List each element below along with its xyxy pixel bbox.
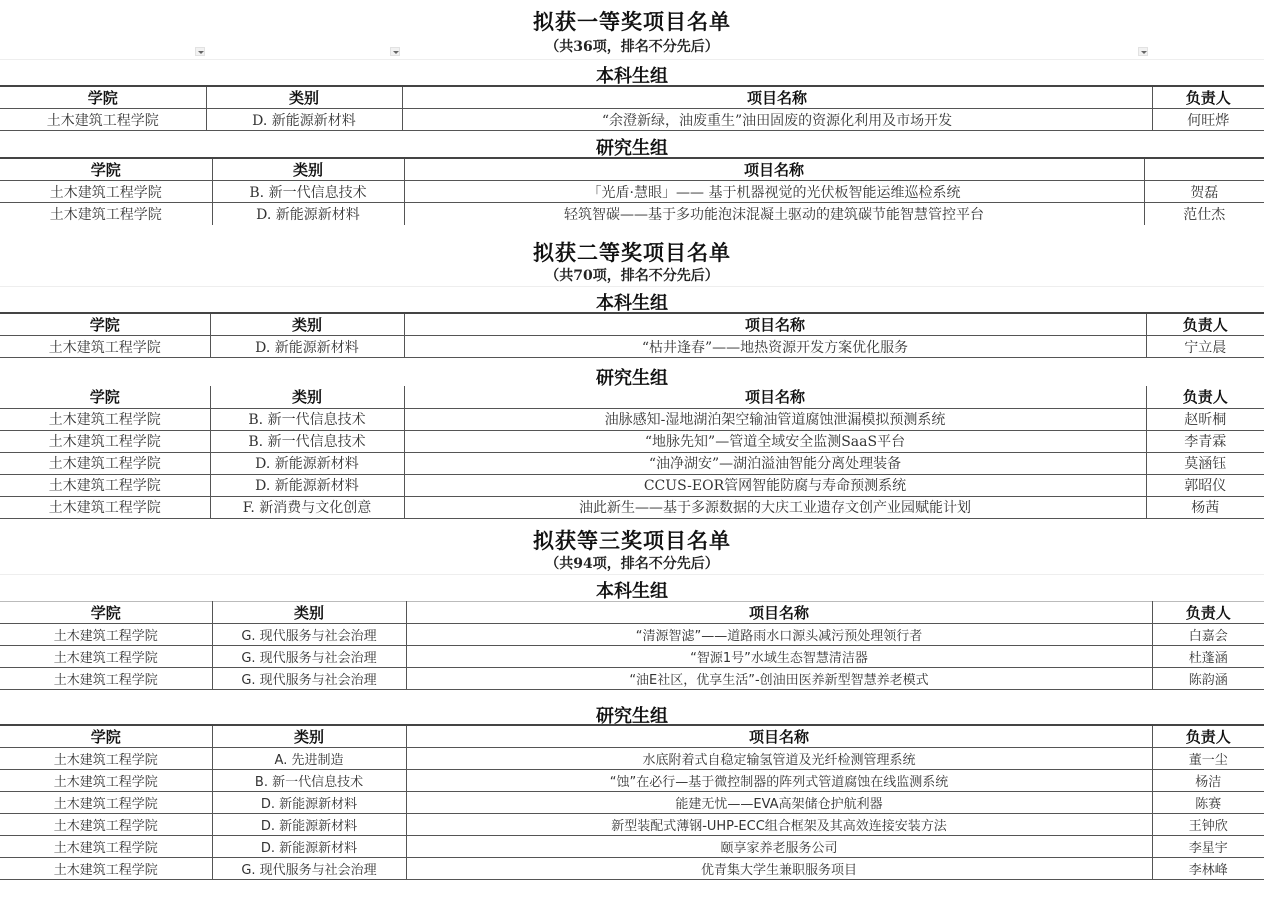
table-header-row: 学院 类别 项目名称 负责人 (0, 386, 1264, 408)
section-1-subtitle: （共36项，排名不分先后） (0, 36, 1264, 56)
table-row: 土木建筑工程学院 A. 先进制造 水底附着式自稳定输氢管道及光纤检测管理系统 董… (0, 748, 1264, 770)
cell-college: 土木建筑工程学院 (0, 474, 210, 496)
cell-college: 土木建筑工程学院 (0, 814, 212, 836)
cell-category: D. 新能源新材料 (212, 203, 404, 225)
col-header-category: 类别 (212, 725, 406, 748)
cell-category: F. 新消费与文化创意 (210, 496, 404, 518)
table-row: 土木建筑工程学院 D. 新能源新材料 CCUS-EOR管网智能防腐与寿命预测系统… (0, 474, 1264, 496)
cell-leader: 李林峰 (1152, 858, 1264, 880)
cell-leader: 杨茜 (1146, 496, 1264, 518)
cell-project: 水底附着式自稳定输氢管道及光纤检测管理系统 (406, 748, 1152, 770)
cell-leader: 贺磊 (1144, 181, 1264, 203)
section-2-undergrad-table: 学院 类别 项目名称 负责人 土木建筑工程学院 D. 新能源新材料 “枯井逢春”… (0, 312, 1264, 358)
cell-project: 优青集大学生兼职服务项目 (406, 858, 1152, 880)
cell-leader: 李青霖 (1146, 430, 1264, 452)
cell-college: 土木建筑工程学院 (0, 770, 212, 792)
cell-college: 土木建筑工程学院 (0, 748, 212, 770)
col-header-college: 学院 (0, 386, 210, 408)
divider (0, 286, 1264, 287)
cell-category: G. 现代服务与社会治理 (212, 858, 406, 880)
col-header-project: 项目名称 (402, 86, 1152, 109)
col-header-project: 项目名称 (404, 386, 1146, 408)
section-1-undergrad-table: 学院 类别 项目名称 负责人 土木建筑工程学院 D. 新能源新材料 “余澄新绿，… (0, 85, 1264, 131)
col-header-category: 类别 (212, 602, 406, 624)
cell-leader: 李星宇 (1152, 836, 1264, 858)
cell-leader: 杜蓬涵 (1152, 646, 1264, 668)
table-row: 土木建筑工程学院 D. 新能源新材料 “余澄新绿，油废重生”油田固废的资源化利用… (0, 109, 1264, 131)
divider (0, 574, 1264, 575)
cell-college: 土木建筑工程学院 (0, 668, 212, 690)
section-3-graduate-table: 学院 类别 项目名称 负责人 土木建筑工程学院 A. 先进制造 水底附着式自稳定… (0, 724, 1264, 880)
cell-category: D. 新能源新材料 (212, 814, 406, 836)
cell-leader: 董一尘 (1152, 748, 1264, 770)
section-2-subtitle: （共70项，排名不分先后） (0, 265, 1264, 285)
cell-leader: 白嘉会 (1152, 624, 1264, 646)
cell-college: 土木建筑工程学院 (0, 624, 212, 646)
cell-leader: 赵昕桐 (1146, 408, 1264, 430)
cell-leader: 杨洁 (1152, 770, 1264, 792)
col-header-project: 项目名称 (404, 313, 1146, 336)
table-row: 土木建筑工程学院 D. 新能源新材料 能建无忧——EVA高架储仓护航利器 陈赛 (0, 792, 1264, 814)
cell-category: D. 新能源新材料 (212, 836, 406, 858)
cell-category: D. 新能源新材料 (210, 474, 404, 496)
section-2-graduate-table: 学院 类别 项目名称 负责人 土木建筑工程学院 B. 新一代信息技术 油脉感知-… (0, 386, 1264, 519)
cell-category: G. 现代服务与社会治理 (212, 646, 406, 668)
table-row: 土木建筑工程学院 B. 新一代信息技术 油脉感知-湿地湖泊架空输油管道腐蚀泄漏模… (0, 408, 1264, 430)
cell-college: 土木建筑工程学院 (0, 858, 212, 880)
cell-project: 油脉感知-湿地湖泊架空输油管道腐蚀泄漏模拟预测系统 (404, 408, 1146, 430)
section-3-title: 拟获等三奖项目名单 (0, 525, 1264, 555)
cell-project: “油E社区，优享生活”-创油田医养新型智慧养老模式 (406, 668, 1152, 690)
table-row: 土木建筑工程学院 D. 新能源新材料 “油净湖安”—湖泊溢油智能分离处理装备 莫… (0, 452, 1264, 474)
section-1-title: 拟获一等奖项目名单 (0, 6, 1264, 36)
col-header-category: 类别 (210, 386, 404, 408)
col-header-category: 类别 (206, 86, 402, 109)
table-header-row: 学院 类别 项目名称 负责人 (0, 86, 1264, 109)
table-row: 土木建筑工程学院 D. 新能源新材料 新型装配式薄钢-UHP-ECC组合框架及其… (0, 814, 1264, 836)
table-header-row: 学院 类别 项目名称 (0, 158, 1264, 181)
table-row: 土木建筑工程学院 D. 新能源新材料 “枯井逢春”——地热资源开发方案优化服务 … (0, 336, 1264, 358)
col-header-college: 学院 (0, 158, 212, 181)
col-header-leader: 负责人 (1152, 725, 1264, 748)
cell-college: 土木建筑工程学院 (0, 646, 212, 668)
cell-category: D. 新能源新材料 (210, 336, 404, 358)
col-header-college: 学院 (0, 313, 210, 336)
table-header-row: 学院 类别 项目名称 负责人 (0, 602, 1264, 624)
section-2-title: 拟获二等奖项目名单 (0, 237, 1264, 267)
table-row: 土木建筑工程学院 G. 现代服务与社会治理 “油E社区，优享生活”-创油田医养新… (0, 668, 1264, 690)
cell-project: “清源智滤”——道路雨水口源头减污预处理领行者 (406, 624, 1152, 646)
col-header-category: 类别 (212, 158, 404, 181)
cell-college: 土木建筑工程学院 (0, 109, 206, 131)
cell-category: G. 现代服务与社会治理 (212, 624, 406, 646)
cell-project: 油此新生——基于多源数据的大庆工业遗存文创产业园赋能计划 (404, 496, 1146, 518)
cell-leader: 宁立晨 (1146, 336, 1264, 358)
cell-leader: 范仕杰 (1144, 203, 1264, 225)
col-header-college: 学院 (0, 602, 212, 624)
divider (0, 59, 1264, 60)
cell-project: “油净湖安”—湖泊溢油智能分离处理装备 (404, 452, 1146, 474)
cell-college: 土木建筑工程学院 (0, 181, 212, 203)
cell-leader: 陈赛 (1152, 792, 1264, 814)
table-row: 土木建筑工程学院 B. 新一代信息技术 「光盾·慧眼」—— 基于机器视觉的光伏板… (0, 181, 1264, 203)
col-header-project: 项目名称 (404, 158, 1144, 181)
cell-college: 土木建筑工程学院 (0, 430, 210, 452)
table-row: 土木建筑工程学院 G. 现代服务与社会治理 优青集大学生兼职服务项目 李林峰 (0, 858, 1264, 880)
cell-category: B. 新一代信息技术 (212, 181, 404, 203)
cell-category: B. 新一代信息技术 (212, 770, 406, 792)
cell-leader: 何旺烨 (1152, 109, 1264, 131)
col-header-project: 项目名称 (406, 602, 1152, 624)
cell-project: 能建无忧——EVA高架储仓护航利器 (406, 792, 1152, 814)
col-header-college: 学院 (0, 86, 206, 109)
cell-leader: 郭昭仪 (1146, 474, 1264, 496)
col-header-leader: 负责人 (1146, 386, 1264, 408)
cell-college: 土木建筑工程学院 (0, 496, 210, 518)
col-header-leader: 负责人 (1152, 86, 1264, 109)
cell-project: “蚀”在必行—基于微控制器的阵列式管道腐蚀在线监测系统 (406, 770, 1152, 792)
cell-project: “智源1号”水域生态智慧清洁器 (406, 646, 1152, 668)
cell-project: 轻筑智碳——基于多功能泡沫混凝土驱动的建筑碳节能智慧管控平台 (404, 203, 1144, 225)
table-row: 土木建筑工程学院 D. 新能源新材料 轻筑智碳——基于多功能泡沫混凝土驱动的建筑… (0, 203, 1264, 225)
col-header-college: 学院 (0, 725, 212, 748)
filter-dropdown-icon[interactable] (1138, 47, 1148, 56)
table-row: 土木建筑工程学院 B. 新一代信息技术 “地脉先知”—管道全域安全监测SaaS平… (0, 430, 1264, 452)
col-header-leader: 负责人 (1146, 313, 1264, 336)
cell-college: 土木建筑工程学院 (0, 792, 212, 814)
cell-project: CCUS-EOR管网智能防腐与寿命预测系统 (404, 474, 1146, 496)
table-row: 土木建筑工程学院 F. 新消费与文化创意 油此新生——基于多源数据的大庆工业遗存… (0, 496, 1264, 518)
table-row: 土木建筑工程学院 G. 现代服务与社会治理 “智源1号”水域生态智慧清洁器 杜蓬… (0, 646, 1264, 668)
cell-category: D. 新能源新材料 (212, 792, 406, 814)
cell-project: “枯井逢春”——地热资源开发方案优化服务 (404, 336, 1146, 358)
section-3-subtitle: （共94项，排名不分先后） (0, 553, 1264, 573)
cell-college: 土木建筑工程学院 (0, 203, 212, 225)
section-3-undergrad-table: 学院 类别 项目名称 负责人 土木建筑工程学院 G. 现代服务与社会治理 “清源… (0, 601, 1264, 690)
table-row: 土木建筑工程学院 G. 现代服务与社会治理 “清源智滤”——道路雨水口源头减污预… (0, 624, 1264, 646)
cell-leader: 王钟欣 (1152, 814, 1264, 836)
table-header-row: 学院 类别 项目名称 负责人 (0, 725, 1264, 748)
table-header-row: 学院 类别 项目名称 负责人 (0, 313, 1264, 336)
section-3-undergrad-label: 本科生组 (0, 577, 1264, 603)
filter-dropdown-icon[interactable] (390, 47, 400, 56)
cell-category: D. 新能源新材料 (210, 452, 404, 474)
col-header-leader (1144, 158, 1264, 181)
cell-leader: 陈韵涵 (1152, 668, 1264, 690)
cell-category: G. 现代服务与社会治理 (212, 668, 406, 690)
table-row: 土木建筑工程学院 D. 新能源新材料 颐享家养老服务公司 李星宇 (0, 836, 1264, 858)
cell-college: 土木建筑工程学院 (0, 336, 210, 358)
cell-category: A. 先进制造 (212, 748, 406, 770)
filter-dropdown-icon[interactable] (195, 47, 205, 56)
col-header-leader: 负责人 (1152, 602, 1264, 624)
col-header-project: 项目名称 (406, 725, 1152, 748)
section-1-graduate-table: 学院 类别 项目名称 土木建筑工程学院 B. 新一代信息技术 「光盾·慧眼」——… (0, 157, 1264, 225)
cell-project: “地脉先知”—管道全域安全监测SaaS平台 (404, 430, 1146, 452)
cell-project: 颐享家养老服务公司 (406, 836, 1152, 858)
cell-college: 土木建筑工程学院 (0, 452, 210, 474)
cell-category: D. 新能源新材料 (206, 109, 402, 131)
table-row: 土木建筑工程学院 B. 新一代信息技术 “蚀”在必行—基于微控制器的阵列式管道腐… (0, 770, 1264, 792)
cell-college: 土木建筑工程学院 (0, 836, 212, 858)
cell-college: 土木建筑工程学院 (0, 408, 210, 430)
cell-project: 新型装配式薄钢-UHP-ECC组合框架及其高效连接安装方法 (406, 814, 1152, 836)
cell-category: B. 新一代信息技术 (210, 430, 404, 452)
cell-project: “余澄新绿，油废重生”油田固废的资源化利用及市场开发 (402, 109, 1152, 131)
cell-category: B. 新一代信息技术 (210, 408, 404, 430)
cell-project: 「光盾·慧眼」—— 基于机器视觉的光伏板智能运维巡检系统 (404, 181, 1144, 203)
cell-leader: 莫涵钰 (1146, 452, 1264, 474)
col-header-category: 类别 (210, 313, 404, 336)
